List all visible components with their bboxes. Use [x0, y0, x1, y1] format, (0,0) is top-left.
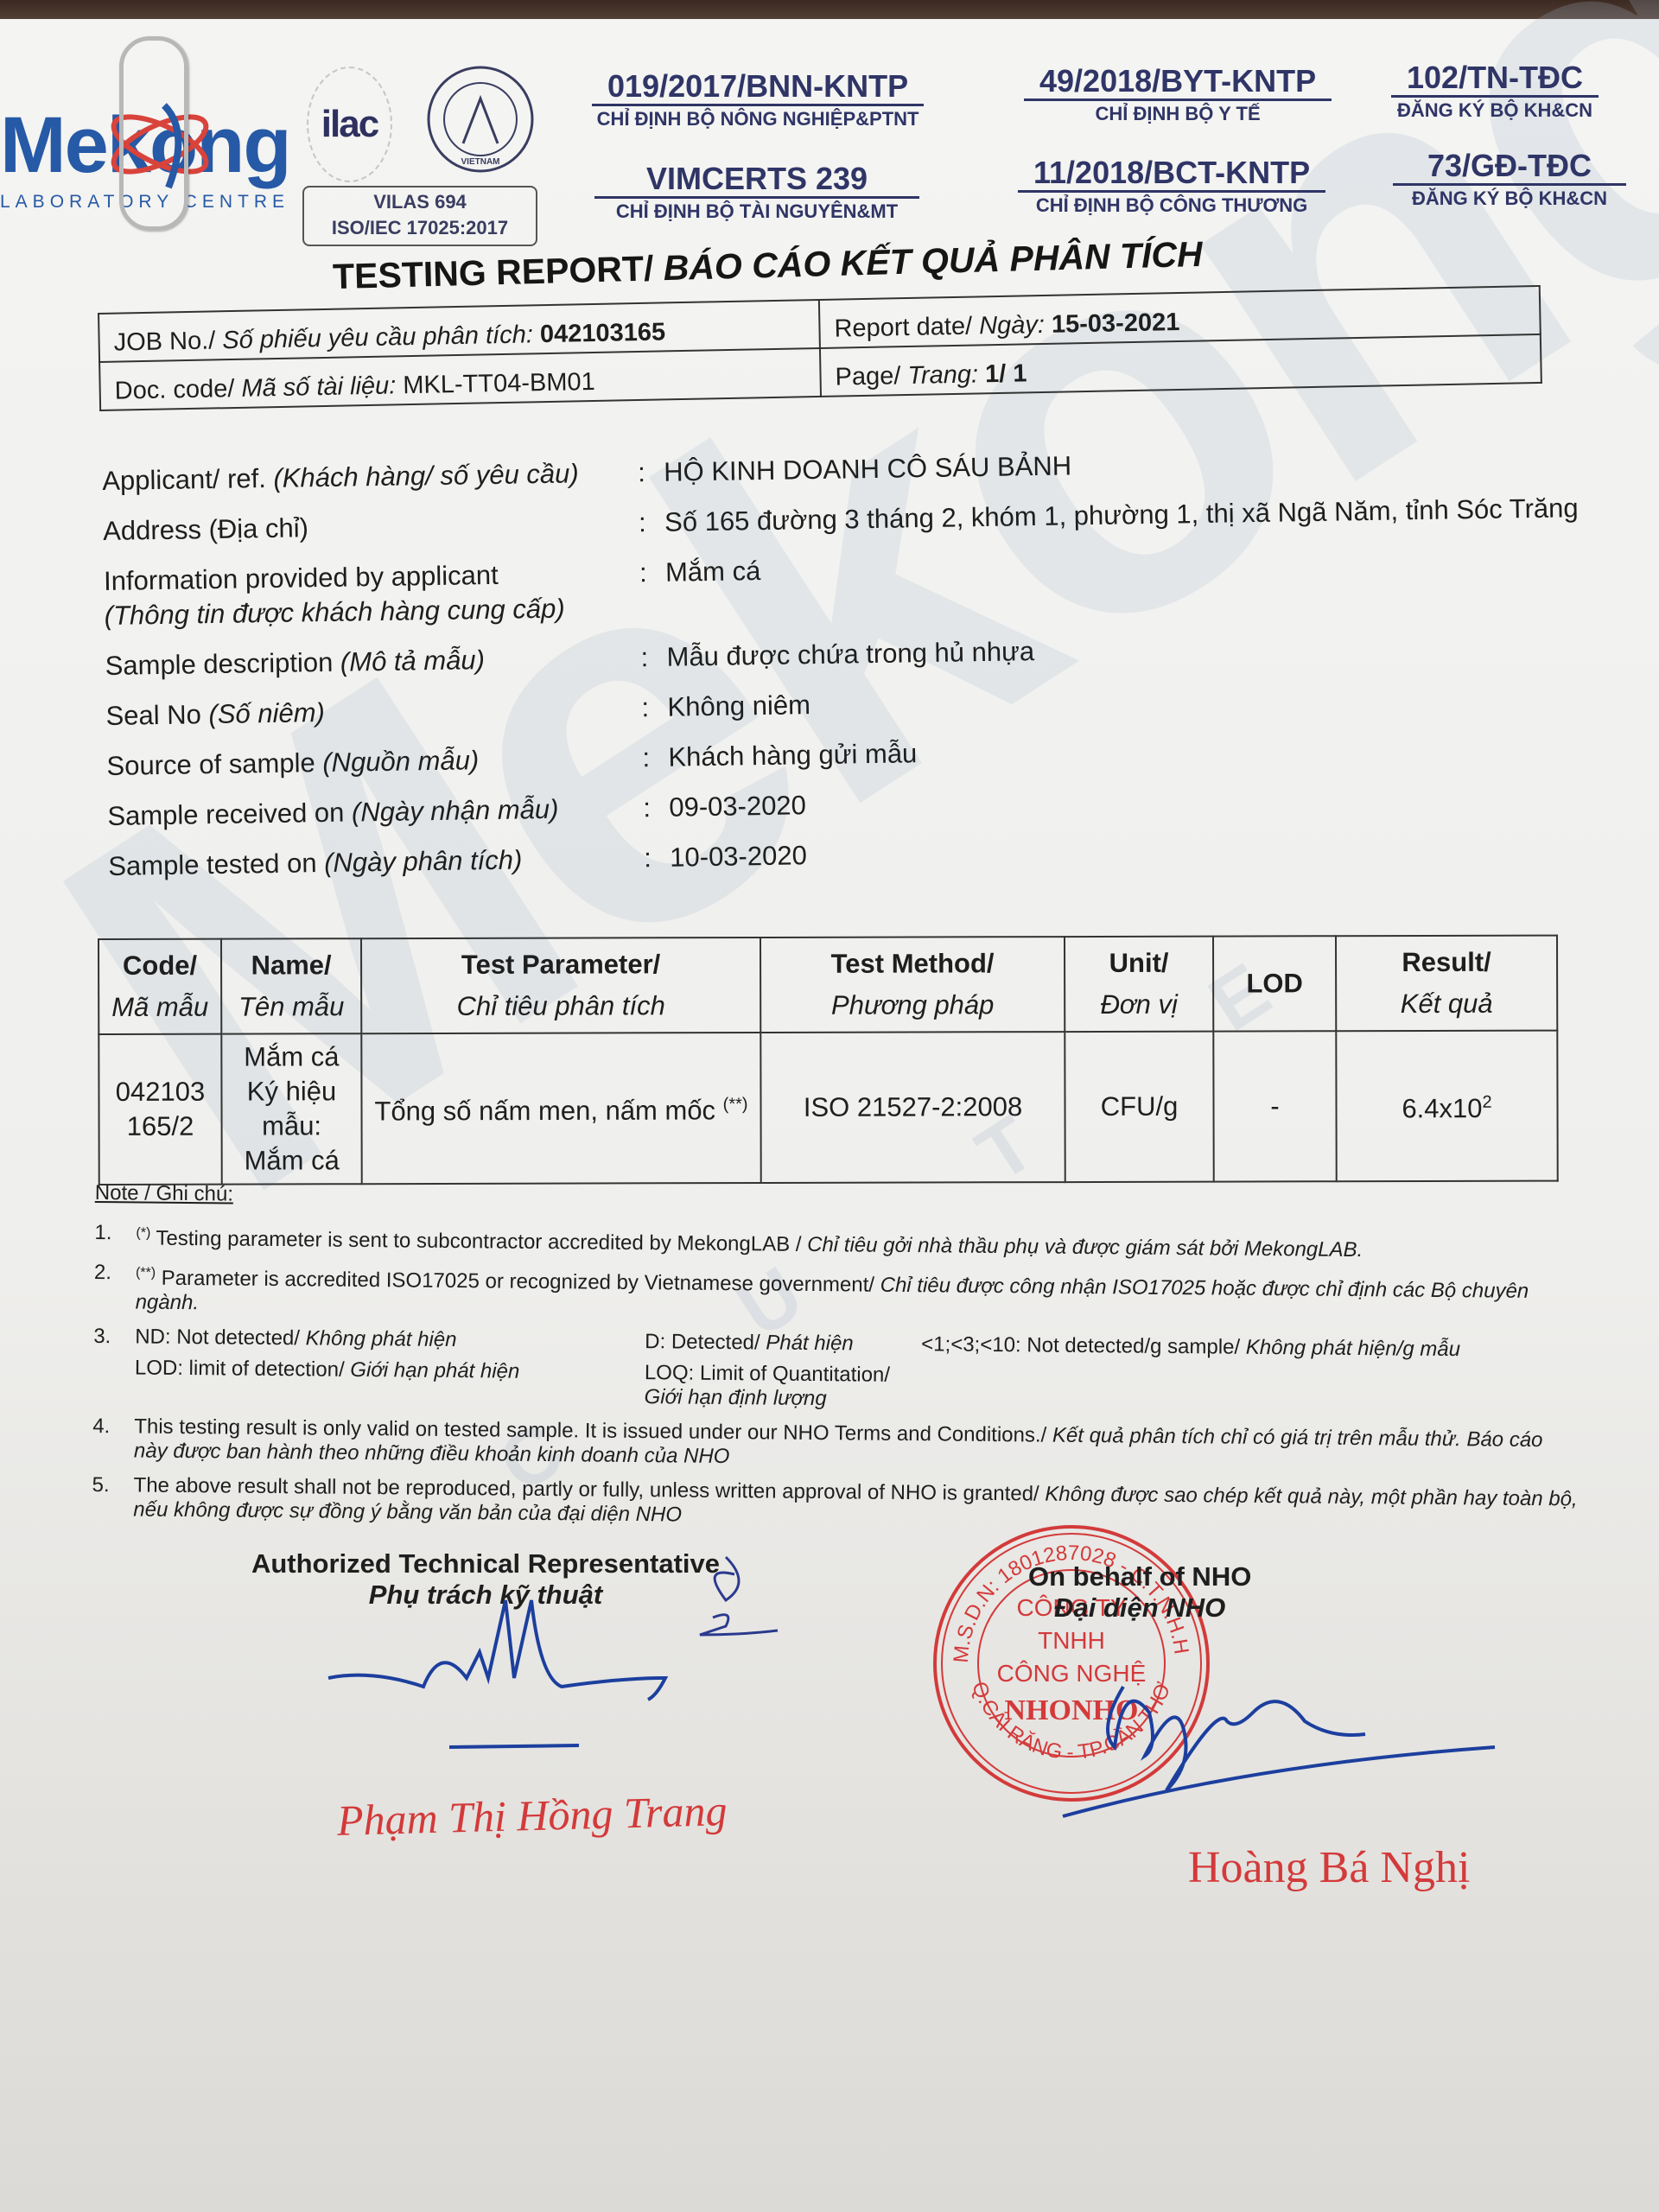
cert-label: CHỈ ĐỊNH BỘ NÔNG NGHIỆP&PTNT: [592, 108, 924, 130]
job-info-box: JOB No./ Số phiếu yêu cầu phân tích: 042…: [98, 285, 1542, 411]
info-colon: :: [639, 556, 666, 625]
info-row: Seal No (Số niêm):Không niêm: [105, 675, 1626, 734]
sig-left-title: Authorized Technical Representative: [226, 1548, 745, 1580]
column-header: Name/Tên mẫu: [221, 938, 361, 1033]
info-colon: :: [639, 505, 665, 540]
info-colon: :: [640, 640, 667, 675]
ilac-badge: ilac: [307, 67, 392, 182]
cert-number: VIMCERTS 239: [594, 162, 919, 199]
info-value: Mẫu được chứa trong hủ nhựa: [666, 625, 1625, 674]
cert-label: CHỈ ĐỊNH BỘ CÔNG THƯƠNG: [1018, 194, 1325, 217]
sig-right-subtitle: Đại diện NHO: [1028, 1592, 1251, 1624]
table-row: 042103 165/2 Mắm cá Ký hiệu mẫu: Mắm cá …: [99, 1031, 1557, 1185]
sig-left-subtitle: Phụ trách kỹ thuật: [226, 1580, 745, 1611]
report-page: Mekong C U T E Mekong LABORATORY CENTRE …: [0, 19, 1659, 2212]
vilas-badge: VILAS 694 ISO/IEC 17025:2017: [302, 186, 537, 246]
info-value: Mắm cá: [665, 540, 1625, 624]
info-colon: :: [638, 455, 664, 490]
cell-parameter: Tổng số nấm men, nấm mốc (**): [361, 1033, 760, 1184]
svg-text:NHONHO: NHONHO: [1005, 1694, 1139, 1726]
info-value: 09-03-2020: [669, 775, 1628, 824]
info-colon: :: [644, 841, 671, 875]
notes-heading: Note / Ghi chú:: [95, 1181, 1581, 1220]
table-header-row: Code/Mã mẫuName/Tên mẫuTest Parameter/Ch…: [99, 936, 1557, 1034]
svg-text:TNHH: TNHH: [1038, 1627, 1105, 1654]
title-english: TESTING REPORT/: [333, 248, 664, 296]
column-header: Test Method/Phương pháp: [760, 937, 1065, 1033]
column-header: Code/Mã mẫu: [99, 939, 221, 1034]
column-header: Test Parameter/Chỉ tiêu phân tích: [361, 938, 760, 1033]
info-label: Seal No (Số niêm): [105, 690, 642, 734]
cell-lod: -: [1213, 1031, 1336, 1181]
technical-representative-name: Phạm Thị Hồng Trang: [336, 1785, 728, 1846]
vilas-number: VILAS 694: [304, 189, 536, 215]
paperclip: [119, 36, 188, 231]
column-header: Result/Kết quả: [1336, 936, 1557, 1032]
notes-section: Note / Ghi chú: 1. (*) Testing parameter…: [92, 1181, 1581, 1546]
cell-name: Mắm cá Ký hiệu mẫu: Mắm cá: [221, 1033, 361, 1184]
column-header: Unit/Đơn vị: [1065, 937, 1213, 1032]
job-number: 042103165: [540, 318, 666, 348]
results-table: Code/Mã mẫuName/Tên mẫuTest Parameter/Ch…: [98, 935, 1559, 1185]
info-label: Address (Địa chỉ): [103, 505, 639, 549]
info-label: Sample tested on (Ngày phân tích): [108, 841, 645, 884]
info-row: Sample description (Mô tả mẫu):Mẫu được …: [105, 625, 1625, 683]
info-row: Applicant/ ref. (Khách hàng/ số yêu cầu)…: [102, 440, 1623, 499]
column-header: LOD: [1213, 936, 1336, 1031]
page-number: 1/ 1: [985, 359, 1027, 388]
cert-bnn: 019/2017/BNN-KNTP CHỈ ĐỊNH BỘ NÔNG NGHIỆ…: [592, 69, 924, 130]
company-stamp: M.S.D.N: 1801287028 - C.T.N.H.H Q.CÁI RĂ…: [920, 1512, 1223, 1815]
technical-representative-block: Authorized Technical Representative Phụ …: [226, 1548, 745, 1611]
nho-representative-name: Hoàng Bá Nghị: [1188, 1842, 1470, 1893]
cert-number: 102/TN-TĐC: [1391, 60, 1599, 98]
cert-number: 49/2018/BYT-KNTP: [1024, 64, 1332, 101]
svg-text:VIETNAM: VIETNAM: [461, 157, 500, 167]
cell-code: 042103 165/2: [99, 1034, 221, 1185]
info-label: Source of sample (Nguồn mẫu): [106, 741, 643, 784]
svg-text:CÔNG NGHỆ: CÔNG NGHỆ: [997, 1660, 1147, 1687]
note-item: 2. (**) Parameter is accredited ISO17025…: [94, 1261, 1581, 1329]
cert-bct: 11/2018/BCT-KNTP CHỈ ĐỊNH BỘ CÔNG THƯƠNG: [1018, 156, 1325, 217]
cell-result: 6.4x102: [1336, 1031, 1557, 1182]
info-label: Applicant/ ref. (Khách hàng/ số yêu cầu): [102, 455, 639, 499]
cert-tdc-73: 73/GĐ-TĐC ĐĂNG KÝ BỘ KH&CN: [1393, 149, 1626, 210]
info-row: Address (Địa chỉ):Số 165 đường 3 tháng 2…: [103, 490, 1624, 549]
cert-number: 11/2018/BCT-KNTP: [1018, 156, 1325, 193]
info-row: Information provided by applicant(Thông …: [104, 540, 1625, 633]
info-row: Source of sample (Nguồn mẫu):Khách hàng …: [106, 725, 1627, 784]
info-row: Sample received on (Ngày nhận mẫu):09-03…: [107, 775, 1628, 834]
cert-byt: 49/2018/BYT-KNTP CHỈ ĐỊNH BỘ Y TẾ: [1024, 64, 1332, 125]
info-value: Khách hàng gửi mẫu: [668, 725, 1627, 774]
cert-label: CHỈ ĐỊNH BỘ Y TẾ: [1024, 103, 1332, 125]
iso-standard: ISO/IEC 17025:2017: [304, 215, 536, 241]
info-colon: :: [641, 690, 668, 725]
nho-representative-block: On behalf of NHO Đại diện NHO: [1028, 1561, 1251, 1624]
cell-unit: CFU/g: [1065, 1032, 1213, 1182]
cert-label: ĐĂNG KÝ BỘ KH&CN: [1391, 99, 1599, 122]
info-label: Sample received on (Ngày nhận mẫu): [107, 791, 644, 834]
info-colon: :: [642, 741, 669, 775]
info-value: 10-03-2020: [670, 825, 1629, 874]
info-label: Sample description (Mô tả mẫu): [105, 640, 641, 683]
title-vietnamese: BÁO CÁO KẾT QUẢ PHÂN TÍCH: [663, 234, 1203, 288]
cert-label: CHỈ ĐỊNH BỘ TÀI NGUYÊN&MT: [594, 200, 919, 223]
accreditation-seal-icon: VIETNAM: [425, 64, 536, 175]
cert-vimcerts: VIMCERTS 239 CHỈ ĐỊNH BỘ TÀI NGUYÊN&MT: [594, 162, 919, 223]
report-date: 15-03-2021: [1052, 308, 1180, 339]
info-row: Sample tested on (Ngày phân tích):10-03-…: [108, 825, 1629, 884]
note-abbreviations: 3. ND: Not detected/ Không phát hiện D: …: [93, 1325, 1580, 1419]
note-item: 4. This testing result is only valid on …: [92, 1414, 1579, 1478]
info-value: HỘ KINH DOANH CÔ SÁU BẢNH: [664, 440, 1623, 489]
cert-tdc-102: 102/TN-TĐC ĐĂNG KÝ BỘ KH&CN: [1391, 60, 1599, 122]
info-value: Số 165 đường 3 tháng 2, khóm 1, phường 1…: [664, 490, 1624, 539]
cert-number: 019/2017/BNN-KNTP: [592, 69, 924, 106]
note-item: 1. (*) Testing parameter is sent to subc…: [94, 1221, 1580, 1265]
info-value: Không niêm: [667, 675, 1626, 724]
cert-number: 73/GĐ-TĐC: [1393, 149, 1626, 186]
doc-code: MKL-TT04-BM01: [403, 368, 595, 399]
note-item: 5. The above result shall not be reprodu…: [92, 1473, 1578, 1536]
info-colon: :: [643, 791, 670, 825]
info-label: Information provided by applicant(Thông …: [104, 556, 640, 633]
cell-method: ISO 21527-2:2008: [760, 1032, 1065, 1183]
sig-right-title: On behalf of NHO: [1028, 1561, 1251, 1592]
cert-label: ĐĂNG KÝ BỘ KH&CN: [1393, 188, 1626, 210]
sample-info: Applicant/ ref. (Khách hàng/ số yêu cầu)…: [102, 440, 1630, 899]
